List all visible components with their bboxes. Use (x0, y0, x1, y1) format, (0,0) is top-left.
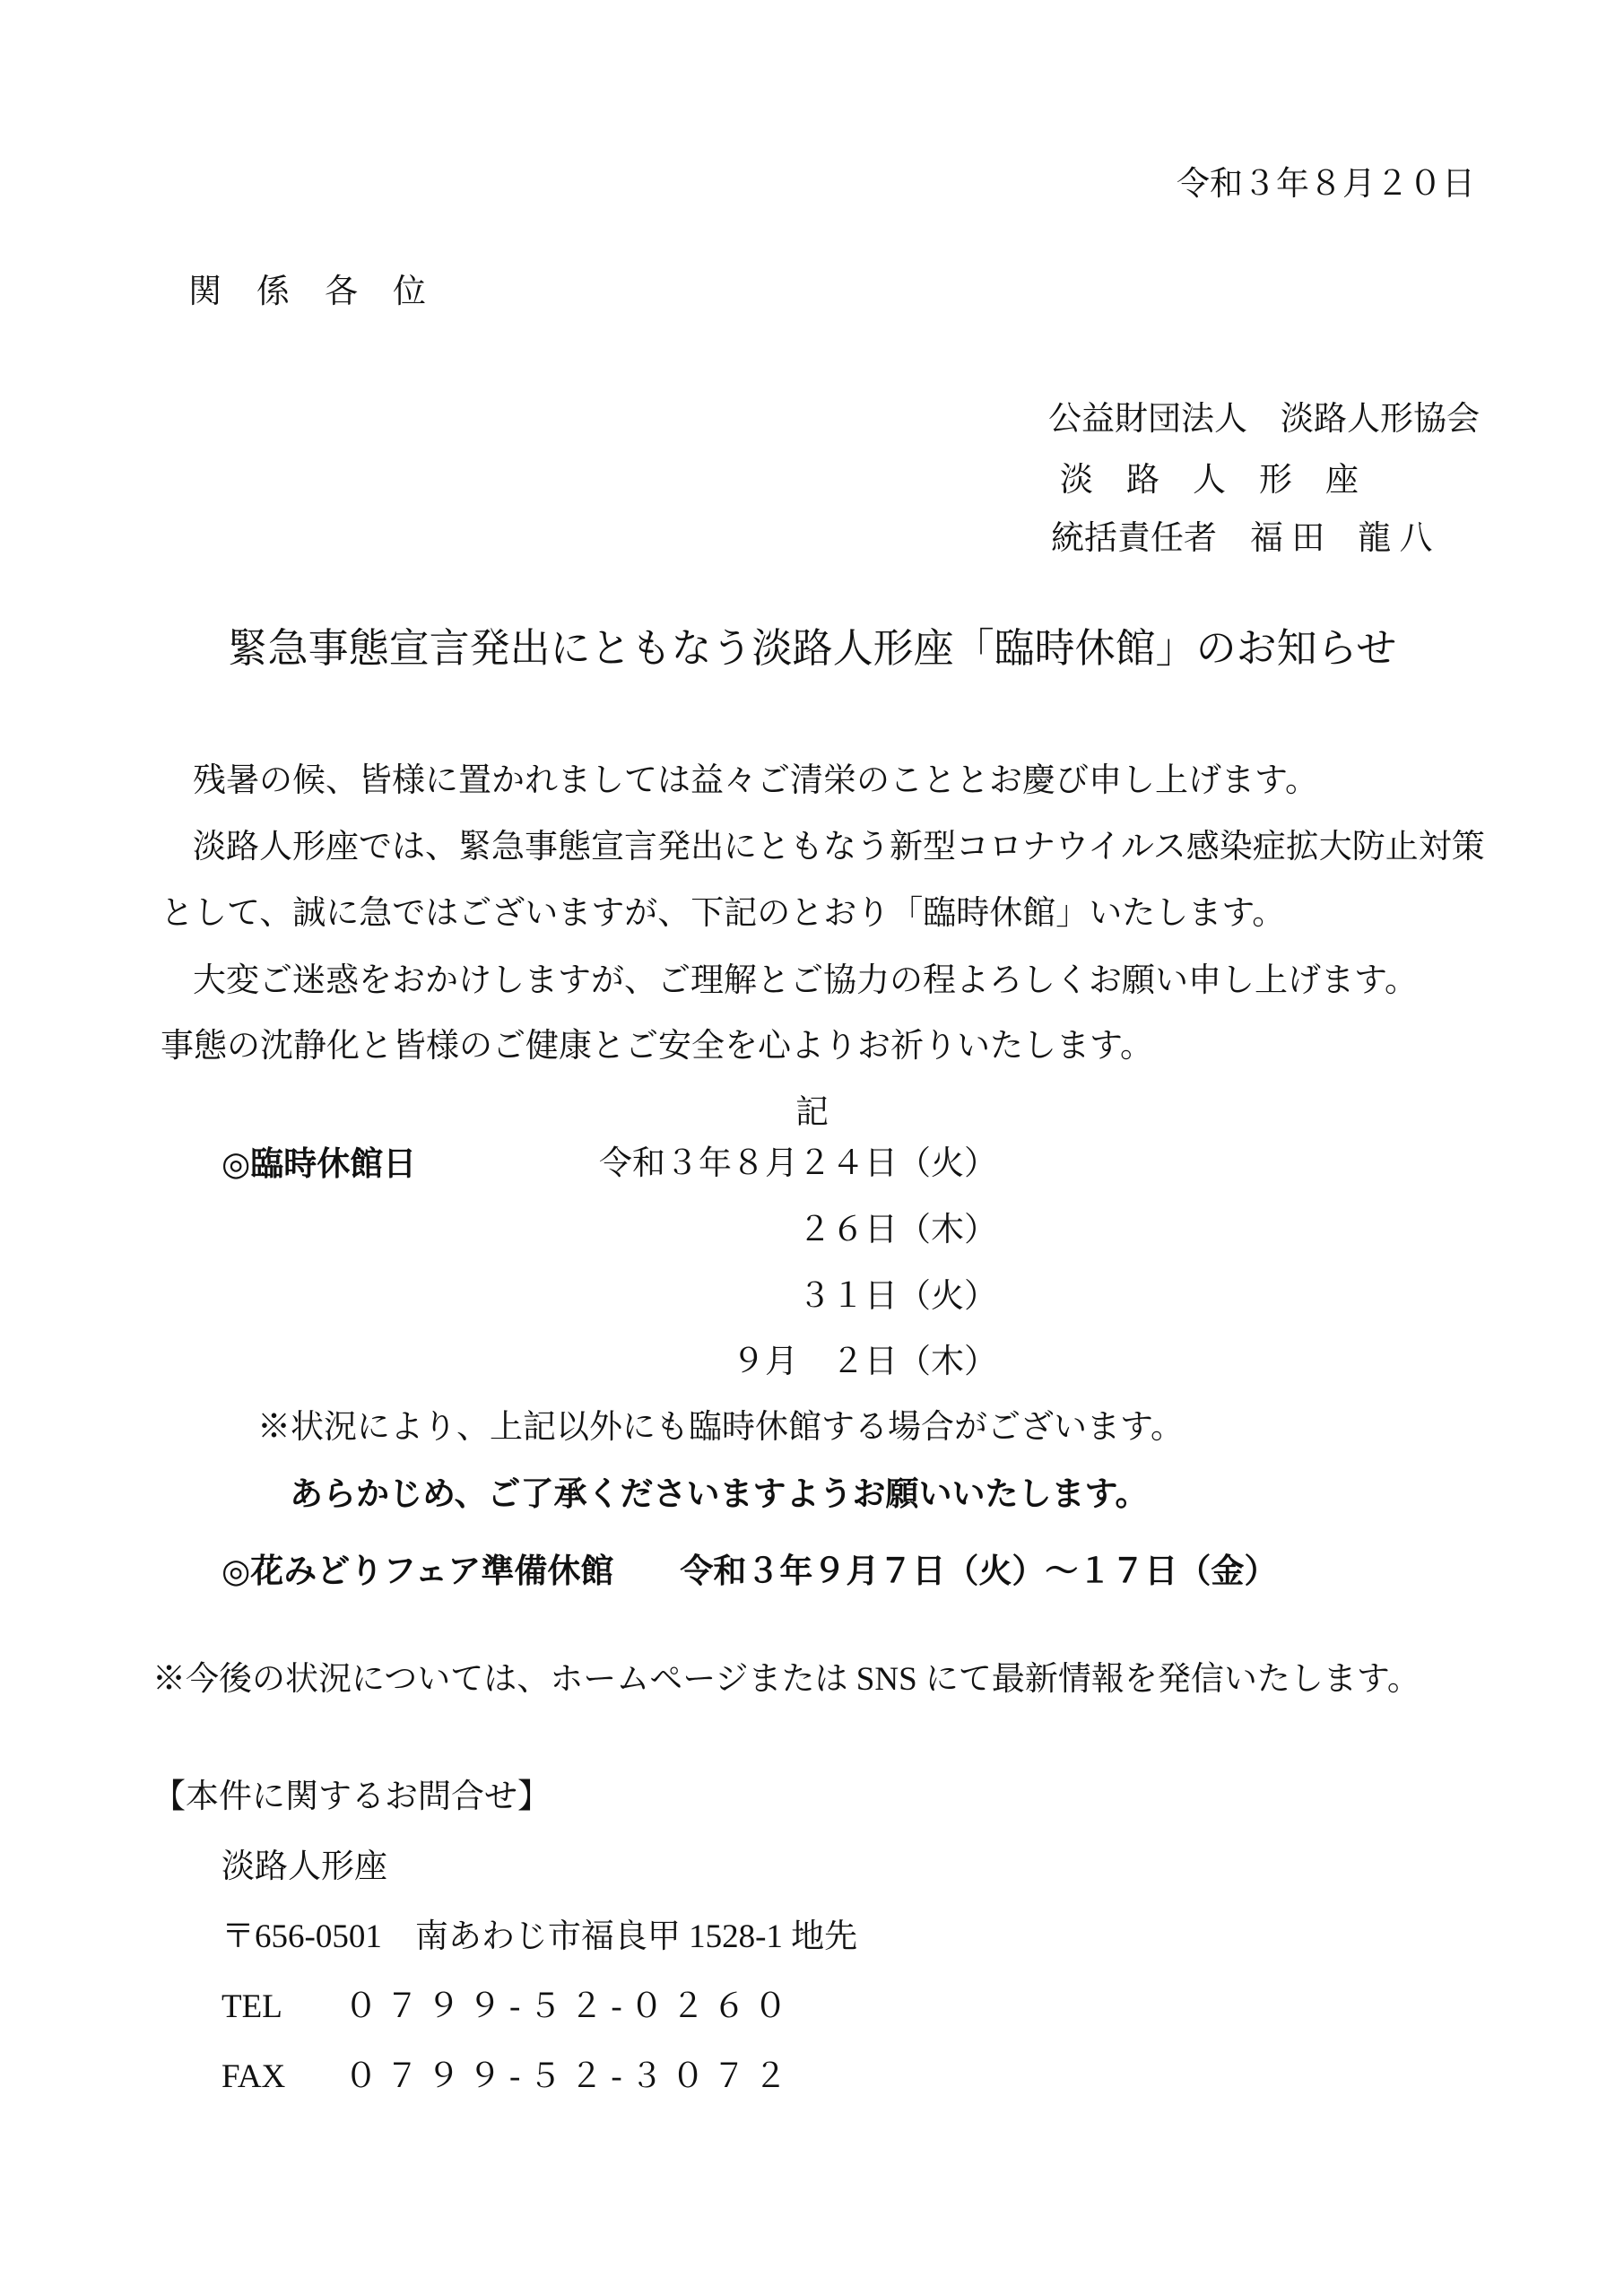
update-notice: ※今後の状況については、ホームページまたは SNS にて最新情報を発信いたします… (152, 1659, 1420, 1700)
contact-organization: 淡路人形座 (221, 1847, 387, 1888)
body-line-3: として、誠に急ではございますが、下記のとおり「臨時休館」いたします。 (161, 893, 1285, 935)
body-line-2: 淡路人形座では、緊急事態宣言発出にともなう新型コロナウイルス感染症拡大防止対策 (193, 827, 1485, 868)
closure-request-note: あらかじめ、ご了承くださいますようお願いいたします。 (290, 1474, 1149, 1515)
document-title: 緊急事態宣言発出にともなう淡路人形座「臨時休館」のお知らせ (0, 623, 1624, 674)
body-line-4: 大変ご迷惑をおかけしますが、ご理解とご協力の程よろしくお願い申し上げます。 (193, 961, 1418, 1002)
fair-preparation-closure: ◎花みどりフェア準備休館 令和３年９月７日（火）～１７日（金） (221, 1551, 1277, 1592)
contact-heading: 【本件に関するお問合せ】 (152, 1777, 551, 1818)
closure-date-1: 令和３年８月２４日（火） (599, 1144, 997, 1185)
fax-label: FAX (221, 2057, 307, 2098)
contact-address: 〒656-0501 南あわじ市福良甲 1528-1 地先 (221, 1917, 857, 1958)
tel-label: TEL (221, 1987, 307, 2028)
fax-number: ０７９９-５２-３０７２ (344, 2058, 795, 2095)
record-mark: 記 (0, 1092, 1624, 1134)
body-line-5: 事態の沈静化と皆様のご健康とご安全を心よりお祈りいたします。 (161, 1026, 1153, 1067)
notice-document-page: 令和３年８月２０日 関 係 各 位 公益財団法人 淡路人形協会 淡 路 人 形 … (0, 0, 1624, 2296)
closure-date-4: ９月 ２日（木） (732, 1342, 997, 1383)
tel-number: ０７９９-５２-０２６０ (344, 1988, 795, 2025)
contact-tel-line: TEL０７９９-５２-０２６０ (221, 1987, 795, 2028)
contact-fax-line: FAX０７９９-５２-３０７２ (221, 2057, 795, 2098)
sender-representative: 統括責任者 福 田 龍 八 (1051, 518, 1433, 560)
closure-date-2: ２６日（木） (798, 1210, 997, 1251)
closure-caution-note: ※状況により、上記以外にも臨時休館する場合がございます。 (257, 1407, 1184, 1448)
sender-organization: 公益財団法人 淡路人形協会 (1048, 399, 1480, 440)
sender-troupe: 淡 路 人 形 座 (1060, 460, 1359, 501)
issue-date: 令和３年８月２０日 (1177, 164, 1475, 205)
closure-dates-label: ◎臨時休館日 (221, 1144, 416, 1185)
body-line-1: 残暑の候、皆様に置かれましては益々ご清栄のこととお慶び申し上げます。 (193, 761, 1318, 802)
closure-date-3: ３１日（火） (798, 1276, 997, 1318)
recipient-line: 関 係 各 位 (188, 272, 427, 313)
